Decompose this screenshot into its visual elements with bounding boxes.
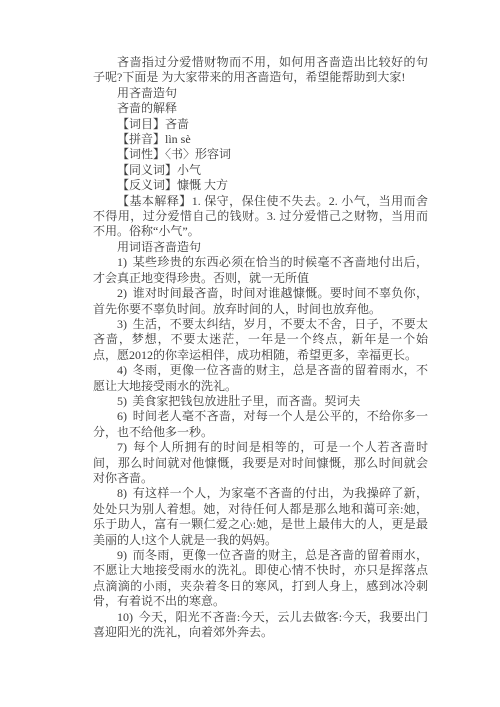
sentence-item: 5)美食家把钱包放进肚子里，而吝啬。契诃夫	[93, 394, 428, 409]
sentence-item: 9)而冬雨，更像一位吝啬的财主，总是吝啬的留着雨水，不愿让大地接受雨水的洗礼。即…	[93, 548, 428, 610]
definition-value: 慷慨 大方	[177, 178, 228, 192]
definition-label: 【词目】	[117, 117, 165, 131]
sentence-number: 2)	[117, 286, 127, 300]
sentence-number: 9)	[117, 548, 127, 562]
section-heading-usage: 用吝啬造句	[93, 86, 428, 101]
sentence-list: 1)某些珍贵的东西必须在恰当的时候毫不吝啬地付出后，才会真正地变得珍贵。否则，就…	[93, 255, 428, 640]
sentence-number: 1)	[117, 255, 127, 269]
sentence-text: 有这样一个人，为家毫不吝啬的付出，为我操碎了新，处处只为别人着想。她，对待任何人…	[93, 486, 428, 546]
definition-label: 【基本解释】	[117, 194, 192, 208]
sentence-number: 6)	[117, 409, 127, 423]
sentence-number: 4)	[117, 363, 127, 377]
definition-list: 【词目】吝啬 【拼音】lìn sè 【词性】〈书〉形容词 【同义词】小气 【反义…	[93, 117, 428, 240]
definition-value: lìn sè	[165, 132, 191, 146]
sentence-item: 4)冬雨，更像一位吝啬的财主，总是吝啬的留着雨水，不愿让大地接受雨水的洗礼。	[93, 363, 428, 394]
sentence-item: 8)有这样一个人，为家毫不吝啬的付出，为我操碎了新，处处只为别人着想。她，对待任…	[93, 486, 428, 548]
sentence-text: 谁对时间最吝啬，时间对谁越慷慨。要时间不辜负你，首先你要不辜负时间。放弃时间的人…	[93, 286, 428, 315]
section-heading-explanation: 吝啬的解释	[93, 101, 428, 116]
sentence-text: 冬雨，更像一位吝啬的财主，总是吝啬的留着雨水，不愿让大地接受雨水的洗礼。	[93, 363, 428, 392]
sentence-text: 今天，阳光不吝啬:今天，云儿去做客:今天，我要出门喜迎阳光的洗礼，向着郊外奔去。	[93, 610, 428, 639]
sentence-number: 8)	[117, 486, 127, 500]
definition-label: 【词性】	[117, 147, 165, 161]
document-page: 吝啬指过分爱惜财物而不用，如何用吝啬造出比较好的句子呢?下面是 为大家带来的用吝…	[0, 0, 500, 707]
sentence-number: 10)	[117, 610, 133, 624]
sentence-text: 每个人所拥有的时间是相等的，可是一个人若吝啬时间，那么时间就对他慷慨，我要是对时…	[93, 440, 428, 485]
definition-row: 【反义词】慷慨 大方	[93, 178, 428, 193]
sentence-number: 5)	[117, 394, 127, 408]
definition-label: 【同义词】	[117, 163, 177, 177]
sentence-item: 3)生活，不要太纠结，岁月，不要太不舍，日子，不要太吝啬，梦想，不要太迷茫，一年…	[93, 317, 428, 363]
definition-row: 【词目】吝啬	[93, 117, 428, 132]
definition-label: 【反义词】	[117, 178, 177, 192]
sentence-text: 时间老人毫不吝啬，对每一个人是公平的，不给你多一分，也不给他多一秒。	[93, 409, 428, 438]
sentence-item: 6)时间老人毫不吝啬，对每一个人是公平的，不给你多一分，也不给他多一秒。	[93, 409, 428, 440]
sentence-number: 3)	[117, 317, 127, 331]
document-content: 吝啬指过分爱惜财物而不用，如何用吝啬造出比较好的句子呢?下面是 为大家带来的用吝…	[93, 55, 428, 640]
sentence-item: 1)某些珍贵的东西必须在恰当的时候毫不吝啬地付出后，才会真正地变得珍贵。否则，就…	[93, 255, 428, 286]
intro-paragraph: 吝啬指过分爱惜财物而不用，如何用吝啬造出比较好的句子呢?下面是 为大家带来的用吝…	[93, 55, 428, 86]
definition-value: 吝啬	[165, 117, 189, 131]
sentence-item: 10)今天，阳光不吝啬:今天，云儿去做客:今天，我要出门喜迎阳光的洗礼，向着郊外…	[93, 610, 428, 641]
sentence-item: 7)每个人所拥有的时间是相等的，可是一个人若吝啬时间，那么时间就对他慷慨，我要是…	[93, 440, 428, 486]
sentence-number: 7)	[117, 440, 127, 454]
sentence-text: 某些珍贵的东西必须在恰当的时候毫不吝啬地付出后，才会真正地变得珍贵。否则，就一无…	[93, 255, 428, 284]
sentence-text: 生活，不要太纠结，岁月，不要太不舍，日子，不要太吝啬，梦想，不要太迷茫，一年是一…	[93, 317, 428, 362]
definition-row: 【词性】〈书〉形容词	[93, 147, 428, 162]
sentence-text: 美食家把钱包放进肚子里，而吝啬。契诃夫	[132, 394, 360, 408]
section-heading-sentences: 用词语吝啬造句	[93, 240, 428, 255]
definition-label: 【拼音】	[117, 132, 165, 146]
definition-value: 〈书〉形容词	[165, 147, 231, 161]
definition-row: 【拼音】lìn sè	[93, 132, 428, 147]
sentence-text: 而冬雨，更像一位吝啬的财主，总是吝啬的留着雨水，不愿让大地接受雨水的洗礼。即使心…	[93, 548, 428, 608]
definition-value: 小气	[177, 163, 201, 177]
sentence-item: 2)谁对时间最吝啬，时间对谁越慷慨。要时间不辜负你，首先你要不辜负时间。放弃时间…	[93, 286, 428, 317]
definition-row: 【基本解释】1. 保守，保住使不失去。2. 小气，当用而舍不得用，过分爱惜自己的…	[93, 194, 428, 240]
definition-row: 【同义词】小气	[93, 163, 428, 178]
